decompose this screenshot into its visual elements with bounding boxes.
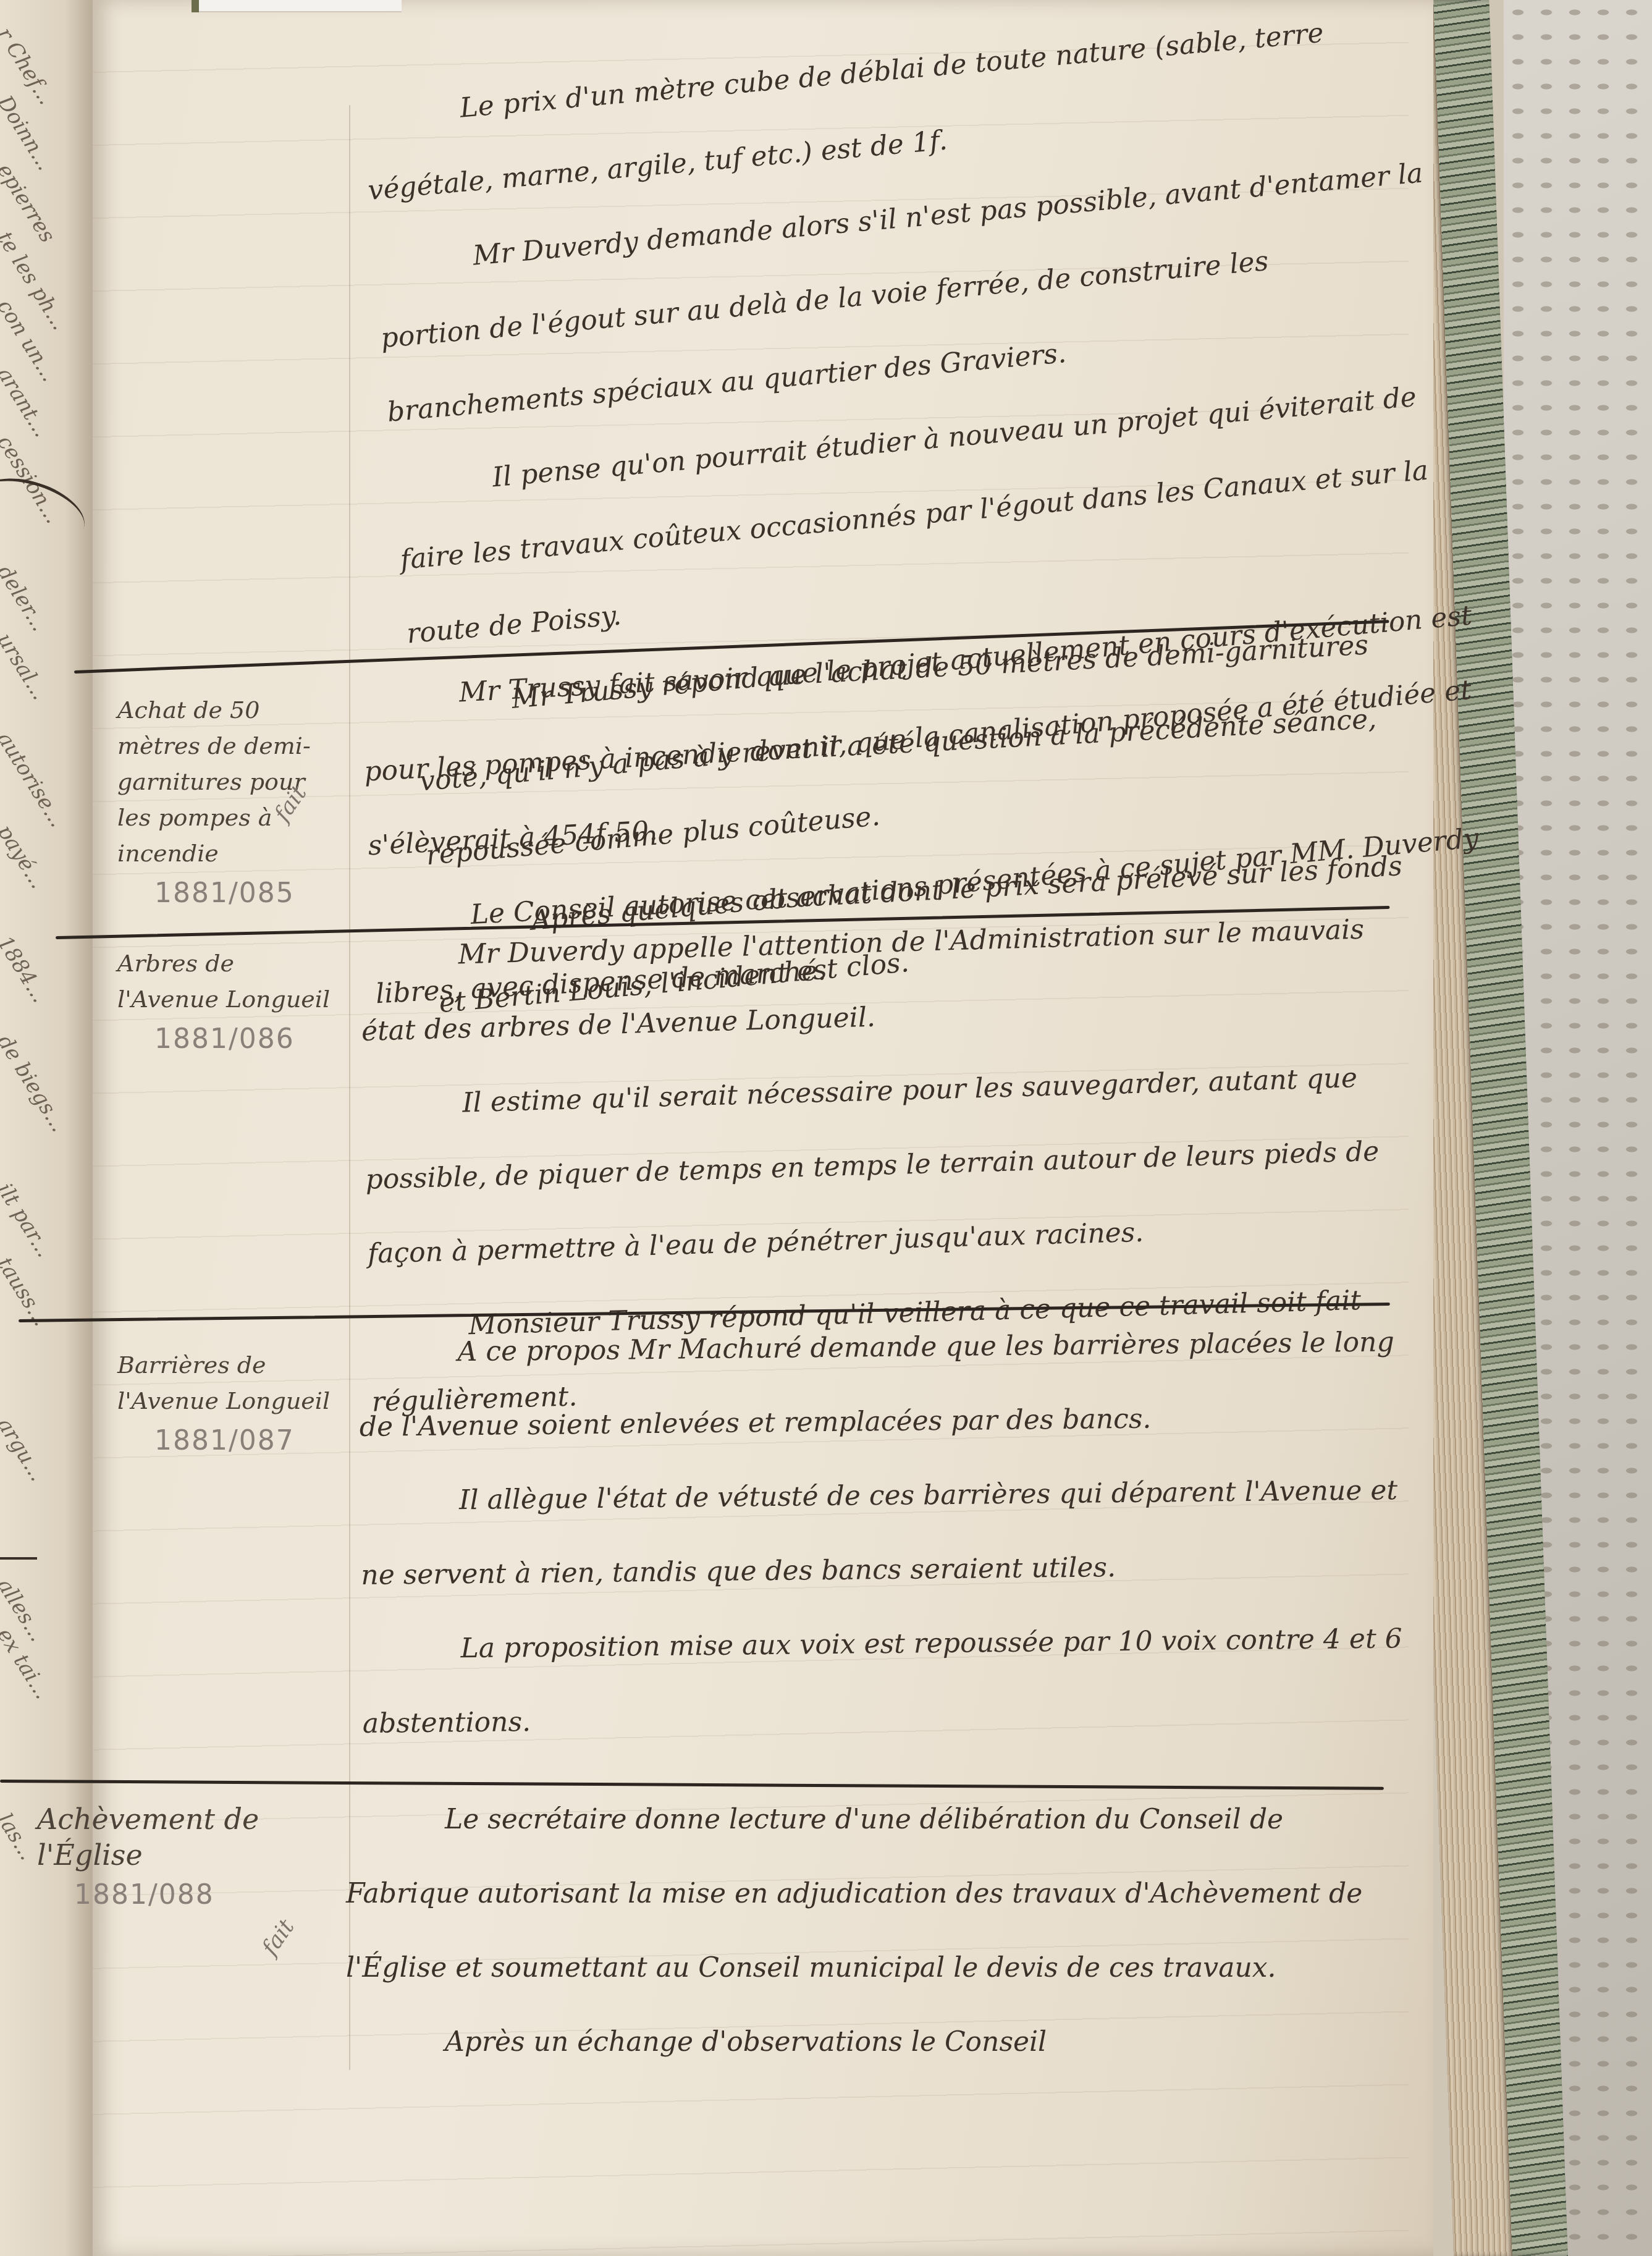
entry-subject: Arbres de l'Avenue Longueil [93, 945, 340, 1017]
entry-body: A ce propos Mr Machuré demande que les b… [358, 1305, 1425, 1761]
entry-margin: Arbres de l'Avenue Longueil 1881/086 [93, 945, 340, 1055]
body-paragraph: La proposition mise aux voix est repouss… [361, 1602, 1425, 1761]
entry-reference-number: 1881/088 [12, 1879, 259, 1911]
entry-reference-number: 1881/086 [93, 1023, 340, 1055]
body-paragraph: Le secrétaire donne lecture d'une délibé… [346, 1783, 1409, 2005]
entry-annotation-initials: fait [257, 1915, 299, 1960]
entry-subject: Barrières de l'Avenue Longueil [93, 1347, 340, 1419]
entry-subject: Achat de 50 mètres de demi-garnitures po… [93, 692, 340, 871]
left-page-rule-curve [0, 467, 93, 557]
margin-vertical-rule [349, 105, 350, 2070]
left-page-fragment: ...autorise... [0, 711, 70, 832]
page-top-strip [198, 0, 402, 12]
body-paragraph: Il allègue l'état de vétusté de ces barr… [360, 1453, 1424, 1613]
left-facing-page: ...r Chef... ...Doinn... ...epierres ...… [0, 0, 93, 2256]
entry-margin: Achèvement de l'Église 1881/088 [12, 1801, 259, 1911]
left-page-fragment: ...de biegs... [0, 1013, 71, 1136]
left-page-divider [0, 1557, 37, 1560]
body-paragraph: Mr Duverdy appelle l'attention de l'Admi… [358, 891, 1425, 1069]
entry-margin: Barrières de l'Avenue Longueil 1881/087 [93, 1347, 340, 1456]
body-paragraph: A ce propos Mr Machuré demande que les b… [358, 1305, 1422, 1464]
left-page-fragment: ...1884... [0, 915, 52, 1007]
entry-body: Le secrétaire donne lecture d'une délibé… [346, 1783, 1409, 2079]
entry-reference-number: 1881/085 [93, 877, 340, 909]
register-page: Le prix d'un mètre cube de déblai de tou… [93, 0, 1433, 2256]
body-paragraph: Il estime qu'il serait nécessaire pour l… [363, 1039, 1431, 1291]
left-page-fragment: ...argu... [0, 1396, 50, 1485]
body-paragraph: Après un échange d'observations le Conse… [346, 2005, 1409, 2079]
entry-reference-number: 1881/087 [93, 1425, 340, 1456]
entry-subject: Achèvement de l'Église [12, 1801, 259, 1873]
